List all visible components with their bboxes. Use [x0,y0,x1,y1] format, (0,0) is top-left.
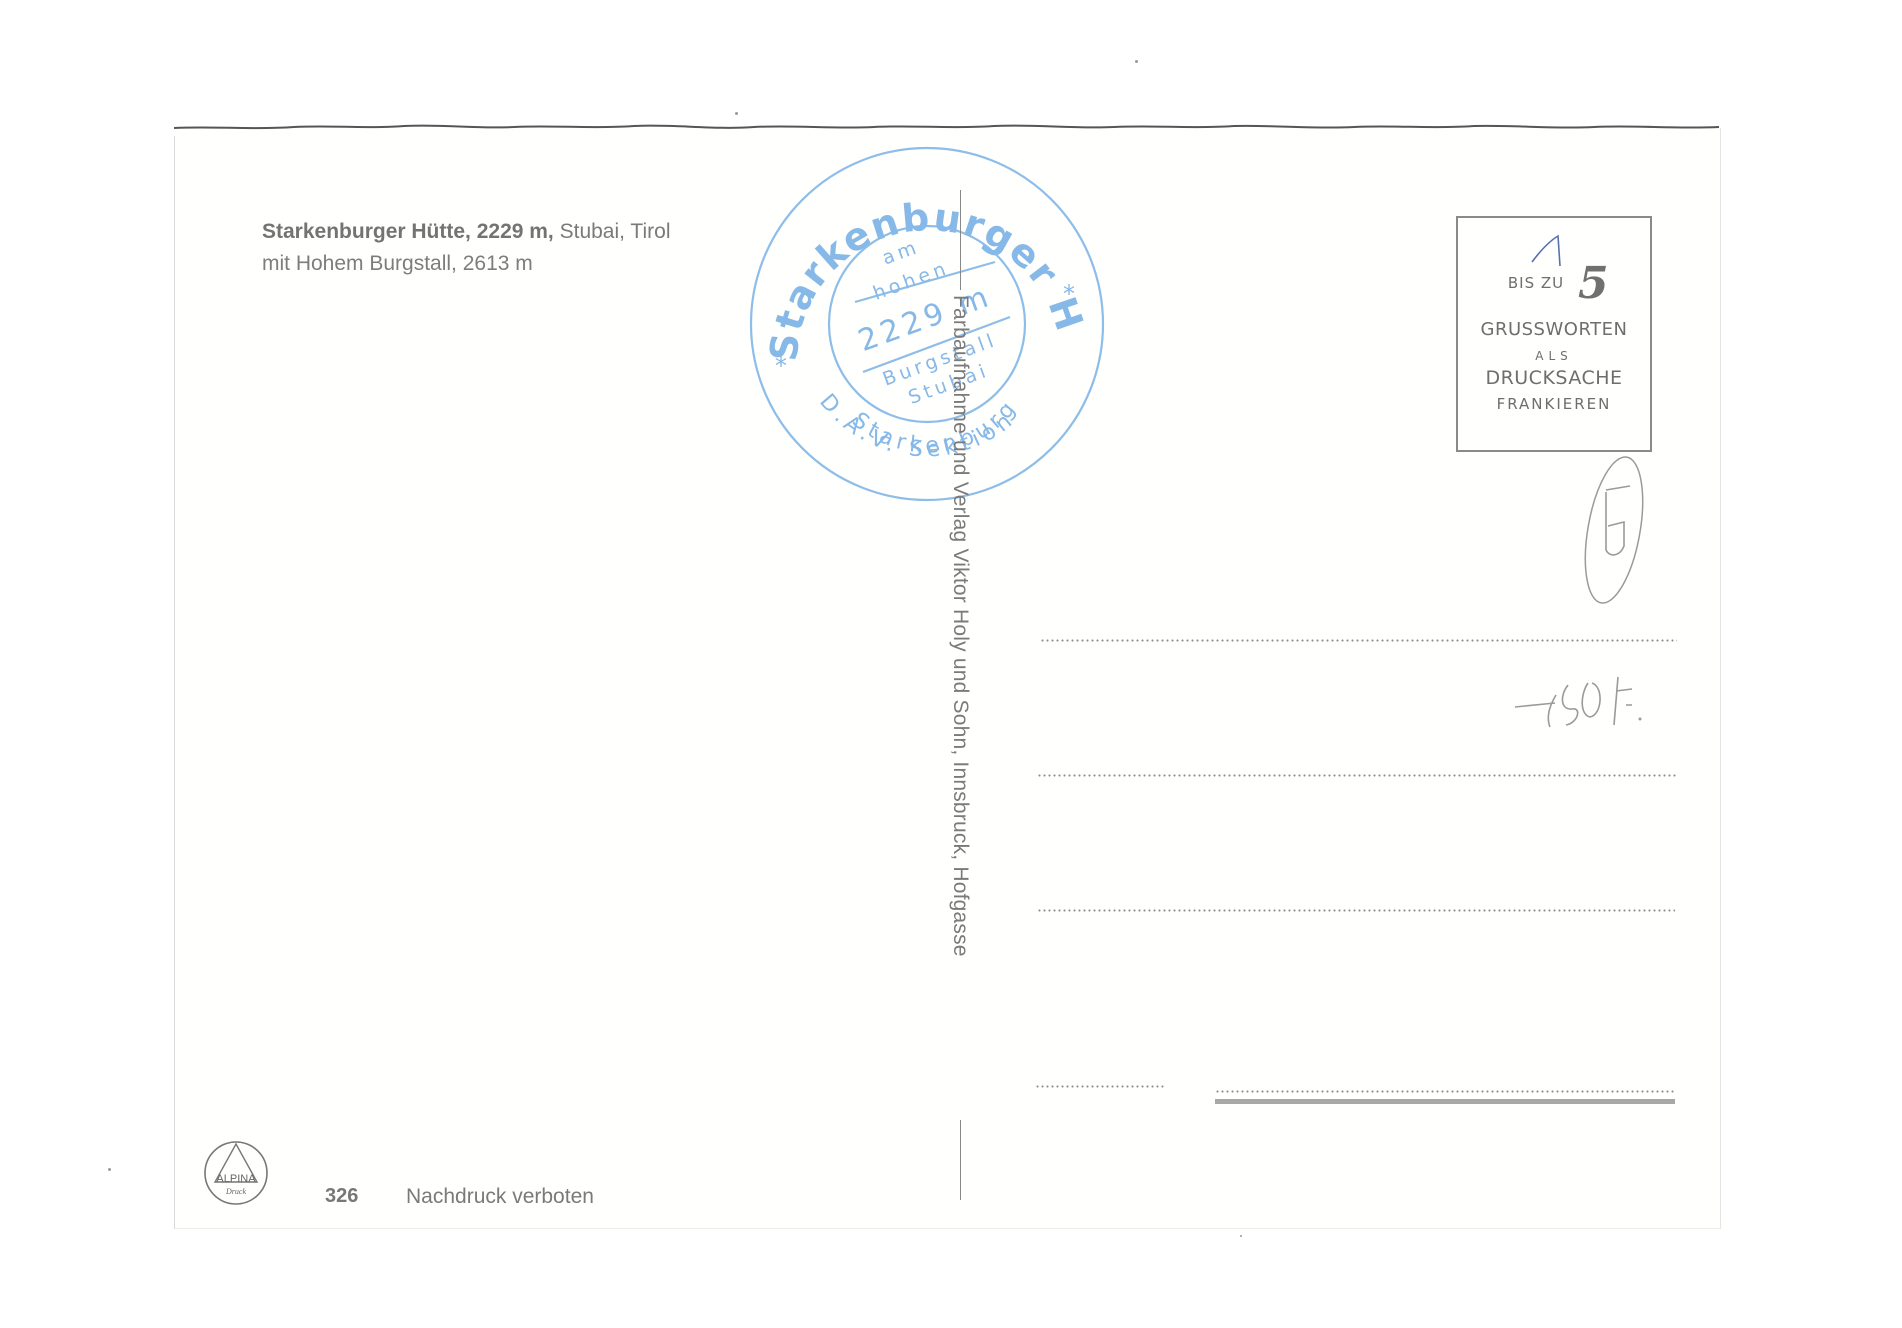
divider-line-top [960,190,961,290]
deckled-top-edge [174,116,1719,136]
postage-line-4: FRANKIEREN [1458,395,1650,413]
speck [735,112,738,115]
caption-regular: Stubai, Tirol [554,220,671,243]
handwritten-one [1528,232,1568,272]
svg-text:Druck: Druck [225,1187,246,1196]
svg-text:ALPINA: ALPINA [216,1173,256,1185]
reprint-notice: Nachdruck verboten [406,1185,594,1209]
publisher-imprint: Farbaufnahme und Verlag Viktor Holy und … [945,295,975,1095]
caption-bold: Starkenburger Hütte, 2229 m, [262,220,554,243]
postage-line-1: GRUSSWORTEN [1458,319,1650,340]
card-number: 326 [325,1185,358,1208]
postage-line-2: ALS [1458,349,1650,363]
svg-text:*: * [775,352,787,380]
publisher-text: Farbaufnahme und Verlag Viktor Holy und … [948,295,972,957]
svg-text:*: * [1063,280,1075,308]
hut-stamp: Starkenburger Hütte D.A.V. Sektion Stark… [745,142,1110,507]
postage-line-3: DRUCKSACHE [1458,367,1650,389]
address-postcode-line[interactable] [1035,1085,1165,1088]
address-line-3[interactable] [1037,909,1675,912]
postage-number: 5 [1578,258,1609,309]
caption-line-2: mit Hohem Burgstall, 2613 m [262,252,533,276]
address-city-underline [1215,1099,1675,1104]
speck [1240,1235,1242,1237]
alpina-logo: ALPINA Druck [203,1140,269,1206]
speck [1135,60,1138,63]
address-line-2[interactable] [1037,774,1677,777]
address-line-1[interactable] [1040,639,1677,642]
speck [108,1168,111,1171]
address-city-line[interactable] [1215,1090,1675,1093]
divider-line-bottom [960,1120,961,1200]
pencil-circled-letter [1578,450,1658,610]
pencil-price [1510,655,1690,730]
caption-line-1: Starkenburger Hütte, 2229 m, Stubai, Tir… [262,220,671,244]
postage-bis-zu: BIS ZU [1458,274,1650,292]
